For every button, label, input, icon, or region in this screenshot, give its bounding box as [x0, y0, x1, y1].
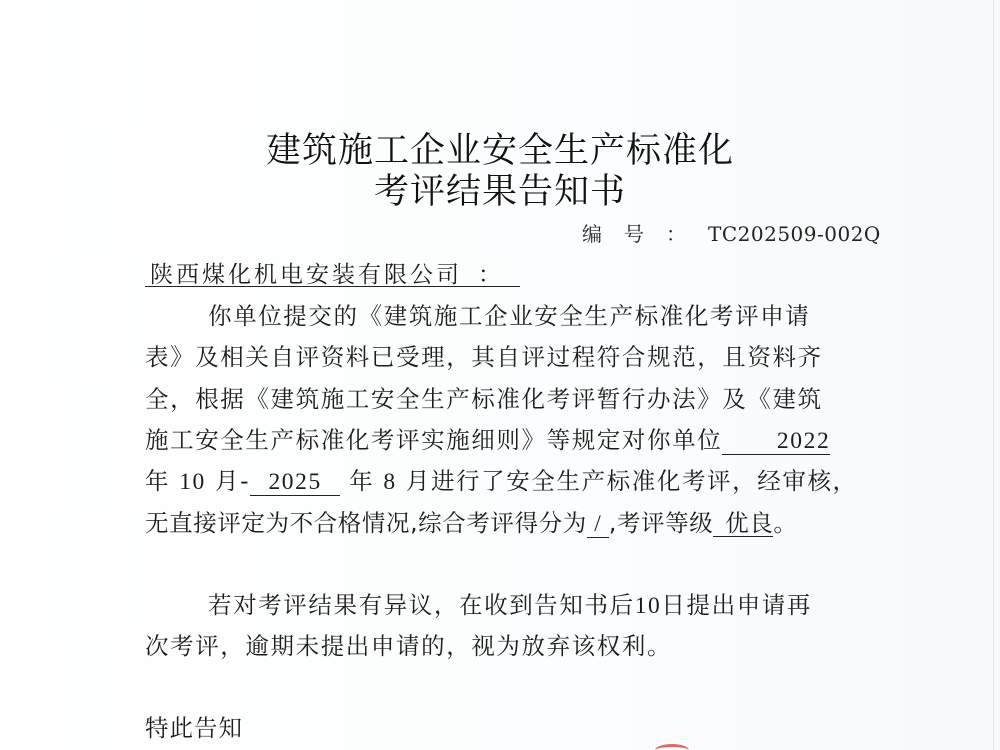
- document-number: 编号：TC202509-002Q: [582, 218, 881, 247]
- body-paragraph1-line1: 你单位提交的《建筑施工企业安全生产标准化考评申请: [208, 297, 868, 331]
- red-seal-stamp-fragment: [655, 744, 689, 750]
- p2-line1-text-a: 若对考评结果有异议，在收到告知书后: [208, 591, 635, 619]
- line4-text: 施工安全生产标准化考评实施细则》等规定对你单位: [145, 426, 722, 454]
- closing-text: 特此告知: [145, 709, 865, 743]
- body-paragraph2-line1: 若对考评结果有异议，在收到告知书后10日提出申请再: [208, 586, 868, 620]
- body-paragraph1-line2: 表》及相关自评资料已受理，其自评过程符合规范，且资料齐: [145, 338, 865, 372]
- end-month: 8: [383, 469, 396, 495]
- year-label-2: 年: [349, 467, 374, 495]
- document-number-label: 编号：: [582, 222, 708, 246]
- body-paragraph1-line6: 无直接评定为不合格情况,综合考评得分为/,考评等级优良。: [145, 504, 865, 538]
- line6-text: 无直接评定为不合格情况,综合考评得分为: [145, 509, 587, 537]
- document-number-value: TC202509-002Q: [708, 222, 881, 246]
- body-paragraph1-line3: 全，根据《建筑施工安全生产标准化考评暂行办法》及《建筑: [145, 380, 865, 414]
- start-month: 10: [179, 469, 206, 495]
- body-paragraph1-line5: 年 10 月-2025 年 8 月进行了安全生产标准化考评，经审核，: [145, 462, 865, 496]
- score-field: /: [587, 511, 609, 538]
- body-paragraph2-line2: 次考评，逾期未提出申请的，视为放弃该权利。: [145, 627, 865, 661]
- recipient-name: 陕西煤化机电安装有限公司: [150, 262, 462, 288]
- p2-line1-text-b: 日提出申请再: [661, 591, 812, 619]
- start-year-field: 2022: [722, 428, 830, 455]
- line6-period: 。: [773, 509, 797, 537]
- document-title-line2: 考评结果告知书: [0, 164, 1000, 214]
- line5-text: 月进行了安全生产标准化考评，经审核，: [406, 467, 858, 495]
- body-paragraph1-line4: 施工安全生产标准化考评实施细则》等规定对你单位2022: [145, 421, 865, 455]
- page-edge-line: [993, 0, 994, 750]
- recipient-colon: ：: [478, 256, 504, 289]
- appeal-days: 10: [635, 593, 662, 619]
- month-dash-label: 月-: [215, 467, 250, 495]
- grade-label: ,考评等级: [609, 509, 713, 537]
- recipient-line: 陕西煤化机电安装有限公司 ：: [145, 256, 520, 287]
- grade-field: 优良: [713, 510, 773, 537]
- year-label: 年: [145, 467, 170, 495]
- end-year-field: 2025: [250, 469, 340, 496]
